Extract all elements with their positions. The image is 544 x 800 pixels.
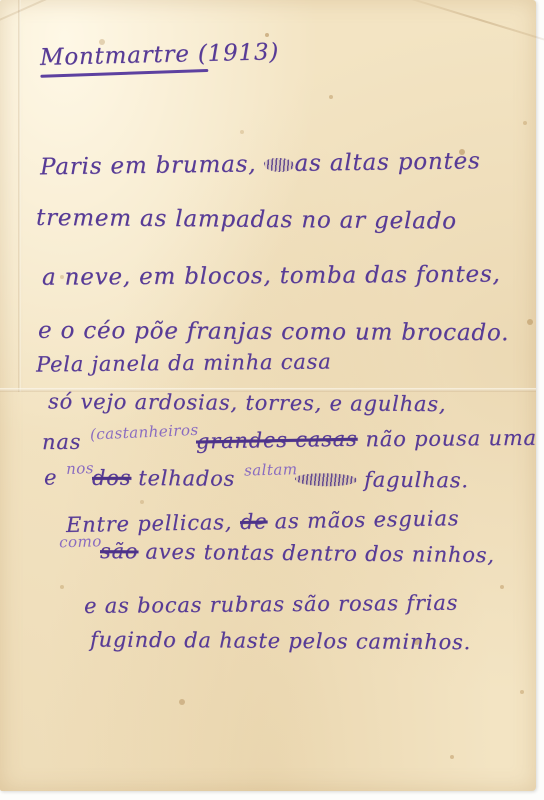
- poem-line: a neve, em blocos, tomba das fontes,: [42, 260, 522, 291]
- fold-crease-vertical: [18, 0, 21, 392]
- text: Paris em brumas,: [40, 151, 265, 180]
- poem-title: Montmartre (1913): [40, 39, 280, 77]
- text: aves tontas dentro dos ninhos,: [138, 539, 495, 567]
- text: e: [44, 465, 65, 489]
- poem-line: fugindo da haste pelos caminhos.: [90, 625, 522, 656]
- poem-body: Paris em brumas, naas altas pontestremem…: [36, 150, 522, 655]
- fold-crease-corner-right: [386, 0, 544, 48]
- poem-line: Paris em brumas, naas altas pontes: [40, 147, 522, 182]
- manuscript-page: Montmartre (1913) Paris em brumas, naas …: [0, 0, 536, 791]
- foxing-spots: [265, 33, 269, 37]
- text: Pela janela da minha casa: [36, 349, 332, 376]
- scribble: na: [264, 158, 295, 173]
- stanza: Paris em brumas, naas altas pontestremem…: [36, 150, 522, 346]
- text: as altas pontes: [294, 148, 480, 177]
- text: tremem as lampadas no ar gelado: [36, 205, 457, 235]
- struck-text: de: [239, 507, 267, 536]
- poem-line: Entre pellicas, de as mãos esguias: [66, 503, 522, 539]
- text: telhados: [131, 466, 243, 491]
- text: não pousa uma asa: [358, 425, 544, 451]
- inserted-text: nos: [65, 454, 94, 483]
- struck-text: são: [100, 537, 138, 565]
- text: só vejo ardosias, torres, e agulhas,: [48, 389, 446, 416]
- stanza: Pela janela da minha casasó vejo ardosia…: [36, 348, 522, 495]
- poem-line: Pela janela da minha casa: [36, 345, 522, 378]
- poem-line: comosão aves tontas dentro dos ninhos,: [58, 537, 522, 572]
- text: as mãos esguias: [267, 506, 460, 533]
- text: e o céo põe franjas como um brocado.: [38, 318, 509, 346]
- inserted-text: saltam: [243, 455, 297, 484]
- struck-text: grandes casas: [196, 425, 358, 456]
- poem-line: tremem as lampadas no ar gelado: [36, 204, 522, 236]
- text: fugindo da haste pelos caminhos.: [90, 627, 471, 654]
- struck-text: dos: [91, 464, 130, 492]
- poem-line: nas (castanheirosgrandes casas não pousa…: [42, 424, 522, 458]
- inserted-text: (castanheiros: [89, 416, 199, 449]
- poem-line: e as bocas rubras são rosas frias: [84, 588, 522, 620]
- inserted-text: como: [59, 527, 102, 556]
- poem-line: e nosdos telhados saltamtiram fagulhas.: [44, 463, 522, 496]
- stanza: Entre pellicas, de as mãos esguiascomosã…: [36, 507, 522, 655]
- text: fagulhas.: [357, 468, 469, 493]
- poem-line: e o céo põe franjas como um brocado.: [38, 317, 522, 348]
- text: e as bocas rubras são rosas frias: [84, 591, 458, 618]
- text: nas: [42, 430, 89, 454]
- scribble: tiram: [295, 473, 357, 487]
- poem-line: só vejo ardosias, torres, e agulhas,: [48, 387, 522, 418]
- text: a neve, em blocos, tomba das fontes,: [42, 261, 501, 290]
- fold-crease-corner-left: [0, 0, 57, 32]
